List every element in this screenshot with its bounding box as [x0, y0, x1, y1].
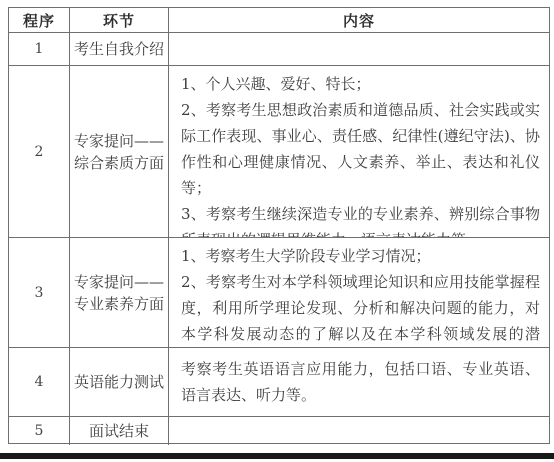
row-3-number: 3 [9, 238, 70, 348]
row-3-stage-line-1: 专家提问—— [74, 271, 164, 293]
row-1-number: 1 [9, 33, 70, 66]
row-2-content-item-3: 3、考察考生继续深造专业的专业素养、辨别综合事物所表现出的逻辑思维能力、语言表达… [181, 201, 540, 238]
row-2-number: 2 [9, 66, 70, 238]
row-3-stage: 专家提问—— 专业素养方面 [70, 238, 169, 348]
row-4-stage: 英语能力测试 [70, 348, 169, 417]
row-2-content-item-2: 2、考察考生思想政治素质和道德品质、社会实践或实际工作表现、事业心、责任感、纪律… [181, 97, 540, 201]
row-1-stage: 考生自我介绍 [70, 33, 169, 66]
page-bottom-rule [0, 453, 554, 459]
row-4-content-item-1: 考察考生英语语言应用能力，包括口语、专业英语、语言表达、听力等。 [181, 356, 540, 408]
row-5-content [169, 417, 549, 445]
row-3-content-item-2: 2、考察考生对本学科领域理论知识和应用技能掌握程度，利用所学理论发现、分析和解决… [181, 269, 540, 348]
row-3-stage-line-2: 专业素养方面 [74, 293, 164, 315]
interview-procedure-table: 程序 环节 内容 1 考生自我介绍 2 专家提问—— 综合素质方面 1、个人兴趣… [8, 7, 550, 444]
row-3-content-item-1: 1、考察考生大学阶段专业学习情况； [181, 243, 540, 269]
header-procedure: 程序 [9, 8, 70, 33]
row-4-number: 4 [9, 348, 70, 417]
header-stage: 环节 [70, 8, 169, 33]
row-4-content: 考察考生英语语言应用能力，包括口语、专业英语、语言表达、听力等。 [169, 348, 549, 417]
row-2-stage-line-1: 专家提问—— [74, 130, 164, 152]
row-2-stage: 专家提问—— 综合素质方面 [70, 66, 169, 238]
row-2-content: 1、个人兴趣、爱好、特长； 2、考察考生思想政治素质和道德品质、社会实践或实际工… [169, 66, 549, 238]
header-content: 内容 [169, 8, 549, 33]
row-3-content: 1、考察考生大学阶段专业学习情况； 2、考察考生对本学科领域理论知识和应用技能掌… [169, 238, 549, 348]
row-2-content-item-1: 1、个人兴趣、爱好、特长； [181, 71, 540, 97]
row-5-number: 5 [9, 417, 70, 445]
row-2-stage-line-2: 综合素质方面 [74, 152, 164, 174]
row-5-stage: 面试结束 [70, 417, 169, 445]
row-1-content [169, 33, 549, 66]
